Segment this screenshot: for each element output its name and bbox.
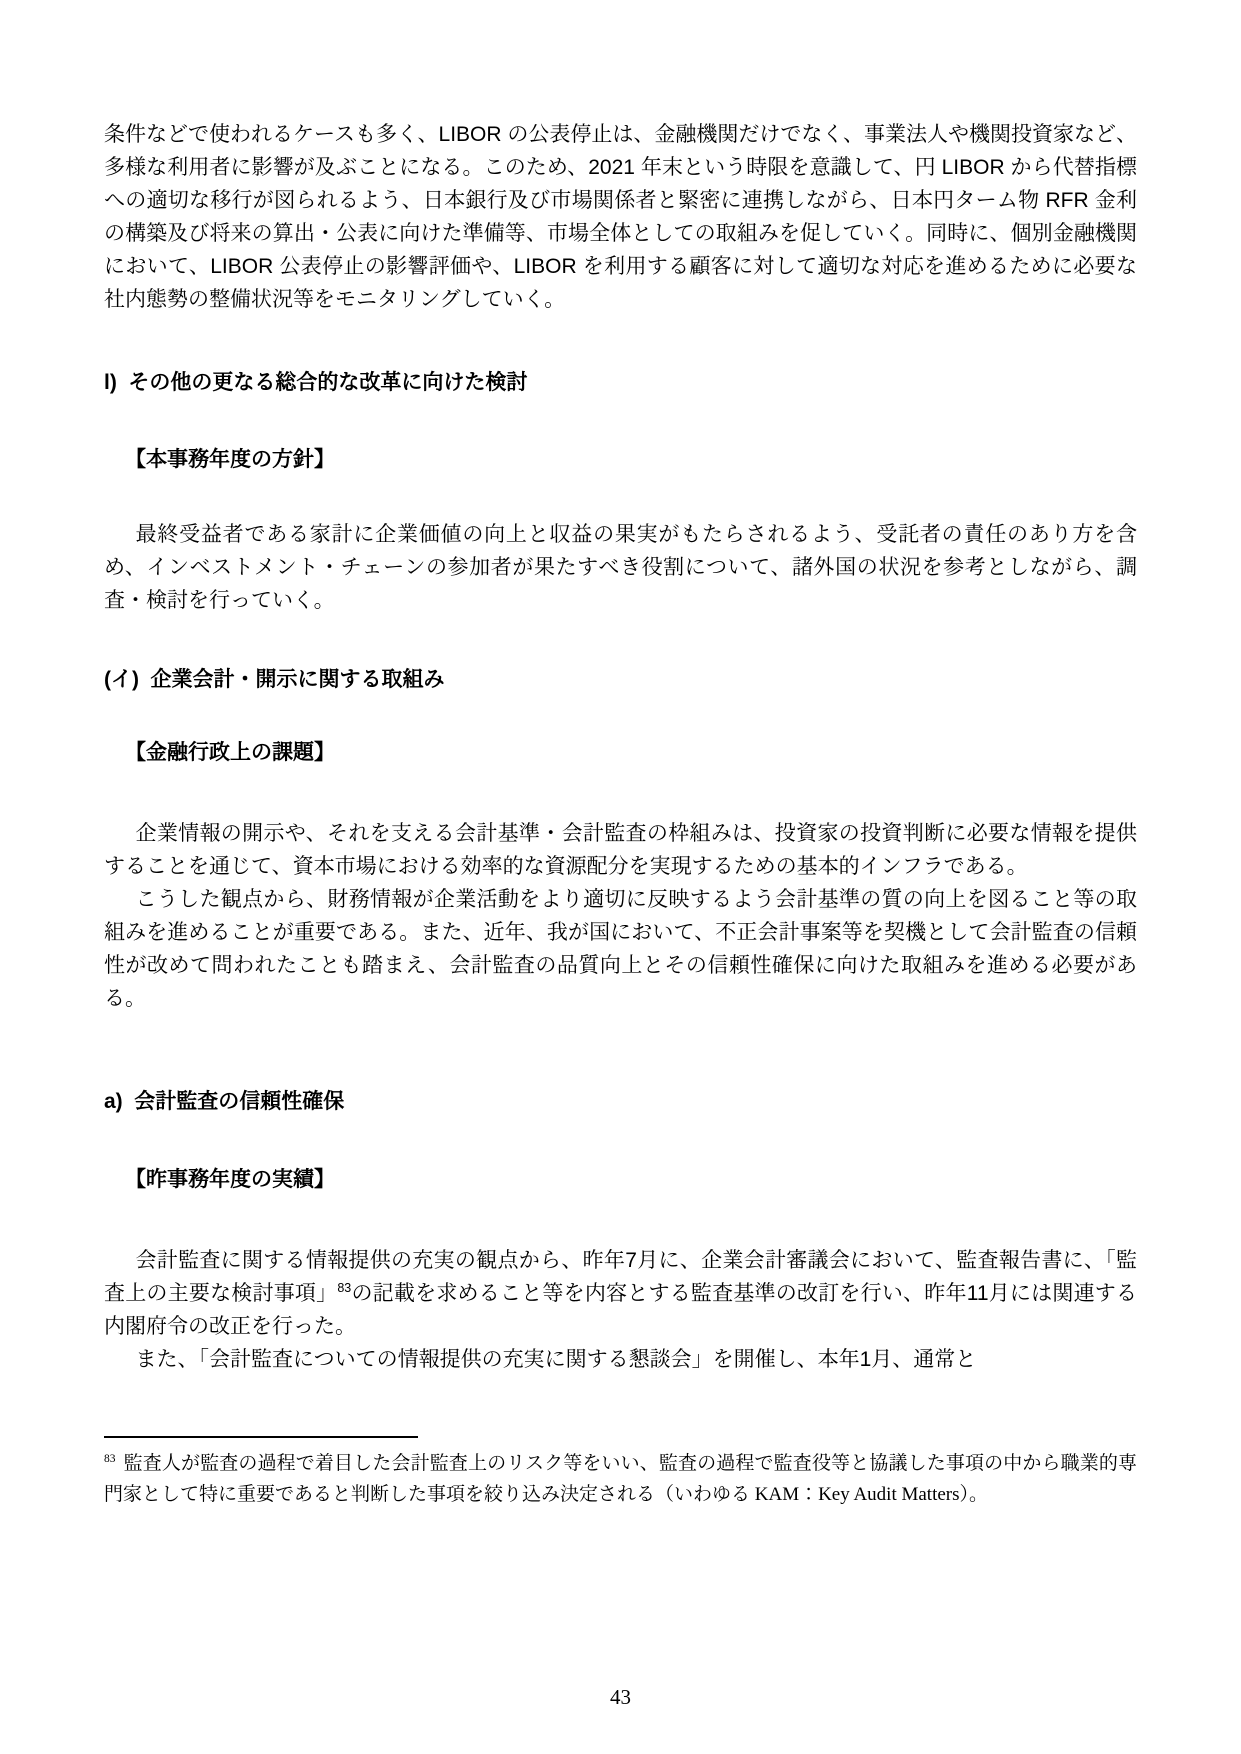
paragraph-disclosure: 企業情報の開示や、それを支える会計基準・会計監査の枠組みは、投資家の投資判断に必…	[104, 817, 1137, 883]
footnote-separator-line	[104, 1436, 418, 1438]
paragraph-kondankai: また、「会計監査についての情報提供の充実に関する懇談会」を開催し、本年1月、通常…	[104, 1343, 1137, 1376]
section-l-marker: l)	[104, 371, 117, 394]
footnote-83-number: 83	[104, 1453, 116, 1465]
section-i-title: 企業会計・開示に関する取組み	[151, 668, 445, 691]
results-heading: 【昨事務年度の実績】	[125, 1163, 1137, 1196]
policy-heading: 【本事務年度の方針】	[125, 443, 1137, 476]
issues-heading: 【金融行政上の課題】	[125, 736, 1137, 769]
section-heading-l: l)その他の更なる総合的な改革に向けた検討	[104, 366, 1137, 399]
footnote-reference-83: 83	[337, 1281, 351, 1295]
page-number: 43	[0, 1685, 1241, 1710]
section-heading-i: (イ)企業会計・開示に関する取組み	[104, 663, 1137, 696]
paragraph-policy: 最終受益者である家計に企業価値の向上と収益の果実がもたらされるよう、受託者の責任…	[104, 518, 1137, 617]
document-page: 条件などで使われるケースも多く、LIBOR の公表停止は、金融機関だけでなく、事…	[0, 0, 1241, 1754]
paragraph-libor-continuation: 条件などで使われるケースも多く、LIBOR の公表停止は、金融機関だけでなく、事…	[104, 118, 1137, 316]
section-l-title: その他の更なる総合的な改革に向けた検討	[128, 371, 527, 394]
section-a-title: 会計監査の信頼性確保	[134, 1090, 344, 1113]
footnote-83: 83監査人が監査の過程で着目した会計監査上のリスク等をいい、監査の過程で監査役等…	[104, 1448, 1137, 1510]
section-heading-a: a)会計監査の信頼性確保	[104, 1085, 1137, 1118]
footnote-83-text: 監査人が監査の過程で着目した会計監査上のリスク等をいい、監査の過程で監査役等と協…	[104, 1453, 1137, 1505]
section-i-marker: (イ)	[104, 668, 139, 691]
section-a-marker: a)	[104, 1090, 123, 1113]
paragraph-viewpoint: こうした観点から、財務情報が企業活動をより適切に反映するよう会計基準の質の向上を…	[104, 883, 1137, 1015]
paragraph-audit: 会計監査に関する情報提供の充実の観点から、昨年7月に、企業会計審議会において、監…	[104, 1244, 1137, 1343]
